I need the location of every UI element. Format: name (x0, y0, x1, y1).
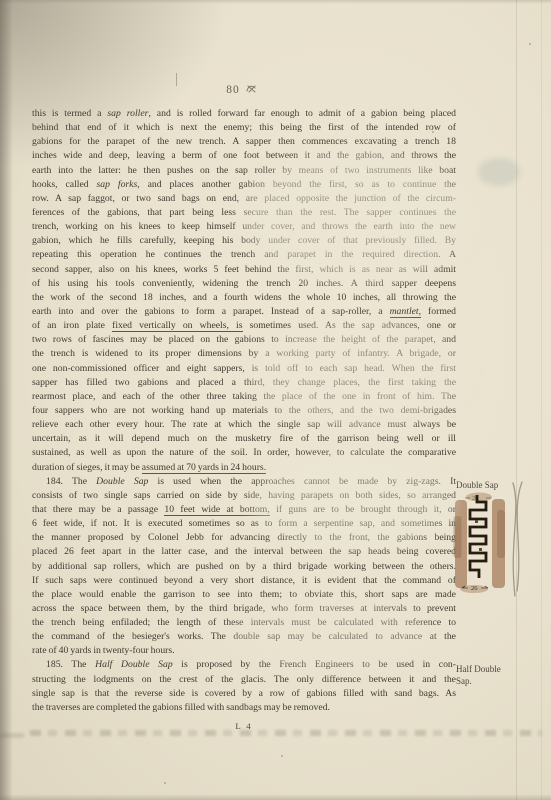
pencil-scribble-mark (245, 82, 258, 95)
text-line: the command of the besieger's works. The… (32, 630, 456, 644)
sap-head-mark (475, 520, 478, 523)
stray-ink-mark (176, 73, 177, 86)
sap-head-mark (479, 548, 482, 551)
paragraph: this is termed a sap roller, and is roll… (32, 107, 456, 475)
text-line: the trench being enfiladed; the length o… (32, 616, 456, 630)
text-line: two rows of fascines may be placed on th… (32, 333, 456, 347)
text-line: behind that end of it which is next the … (32, 121, 456, 135)
text-line: inches wide and deep, leaving a berm of … (32, 149, 456, 163)
text-line: the work of the second 18 inches, and a … (32, 291, 456, 305)
text-line: ferences of the gabions, that part being… (32, 206, 456, 220)
paragraph: 184. The Double Sap is used when the app… (32, 475, 456, 659)
text-line: uncertain, as it will depend much on the… (32, 432, 456, 446)
margin-note-line: Half Double (456, 664, 544, 676)
scanned-book-page: 80 this is termed a sap roller, and is r… (0, 0, 551, 800)
text-line: rate of 40 yards in twenty-four hours. (32, 644, 456, 658)
trench-line (470, 495, 486, 578)
text-line: single sap is that the reverse side is c… (32, 687, 456, 701)
text-line: one non-commissioned officer and eight s… (32, 362, 456, 376)
text-line: sustained, as well as upon the nature of… (32, 446, 456, 460)
text-line: four sappers who are not working hand up… (32, 404, 456, 418)
text-line: row. A sap faggot, or two sand bags on e… (32, 192, 456, 206)
margin-note-line: Sap. (456, 676, 544, 688)
text-line: repeating this operation he continues th… (32, 248, 456, 262)
parapet-shading-left-dark (454, 516, 462, 558)
paragraph: 185. The Half Double Sap is proposed by … (32, 658, 456, 715)
parapet-shading-top (466, 493, 492, 502)
text-line: earth into the latter: he then pushes on… (32, 164, 456, 178)
text-line: If such saps were continued beyond a ver… (32, 574, 456, 588)
text-line: gabion, which he fills carefully, keepin… (32, 234, 456, 248)
signature-mark: L 4 (32, 719, 456, 733)
page-showthrough-ghost-text (0, 733, 24, 738)
text-line: across the space between them, by the th… (32, 602, 456, 616)
text-line: 184. The Double Sap is used when the app… (32, 475, 456, 489)
body-text-column: this is termed a sap roller, and is roll… (32, 107, 456, 733)
text-line: consists of two single saps carried on s… (32, 489, 456, 503)
scan-shadow-bottom-edge (0, 794, 551, 800)
text-line: 6 feet wide, if not. It is executed some… (32, 517, 456, 531)
text-line: structing the lodgments on the crest of … (32, 673, 456, 687)
dimension-label-top: 26 (472, 496, 478, 502)
text-line: the traverses are completed the gabions … (32, 701, 456, 715)
pencil-stroke-marks (503, 479, 533, 599)
text-line: of his using his tools conveniently, wid… (32, 277, 456, 291)
text-line: gabions for the parapet of the new trenc… (32, 135, 456, 149)
text-line: of an iron plate fixed vertically on whe… (32, 319, 456, 333)
scan-shadow-left-edge (0, 0, 13, 800)
dimension-label-bottom: 26 (471, 585, 478, 592)
paragraphs: this is termed a sap roller, and is roll… (32, 107, 456, 715)
text-line: 185. The Half Double Sap is proposed by … (32, 658, 456, 672)
text-line: the trench is widened to its proper dime… (32, 347, 456, 361)
text-line: sapper has filled two gabions and placed… (32, 376, 456, 390)
scan-shadow-top-edge (0, 0, 551, 4)
text-line: the place would enable the garrison to s… (32, 588, 456, 602)
paper-speck (281, 755, 283, 757)
text-line: rearmost place, and each of the other th… (32, 390, 456, 404)
text-line: by additional sap rollers, which are pus… (32, 560, 456, 574)
double-sap-plan-diagram: 26 26 (451, 490, 509, 594)
paper-speck (529, 43, 531, 45)
ink-smudge (478, 158, 520, 186)
text-line: the manner proposed by Colonel Jebb for … (32, 531, 456, 545)
text-line: that there may be a passage 10 feet wide… (32, 503, 456, 517)
text-line: relieve each other every hour. The rate … (32, 418, 456, 432)
text-line: placed 26 feet apart in the latter case,… (32, 545, 456, 559)
text-line: this is termed a sap roller, and is roll… (32, 107, 456, 121)
text-line: trench, working on his knees to keep him… (32, 220, 456, 234)
text-line: earth into and over the gabions to form … (32, 305, 456, 319)
margin-note-half-double-sap: Half Double Sap. (456, 664, 544, 687)
text-line: hooks, called sap forks, and places anot… (32, 178, 456, 192)
text-line: second sapper, also on his knees, works … (32, 263, 456, 277)
paper-speck (164, 782, 166, 784)
text-line: duration of sieges, it may be assumed at… (32, 461, 456, 475)
